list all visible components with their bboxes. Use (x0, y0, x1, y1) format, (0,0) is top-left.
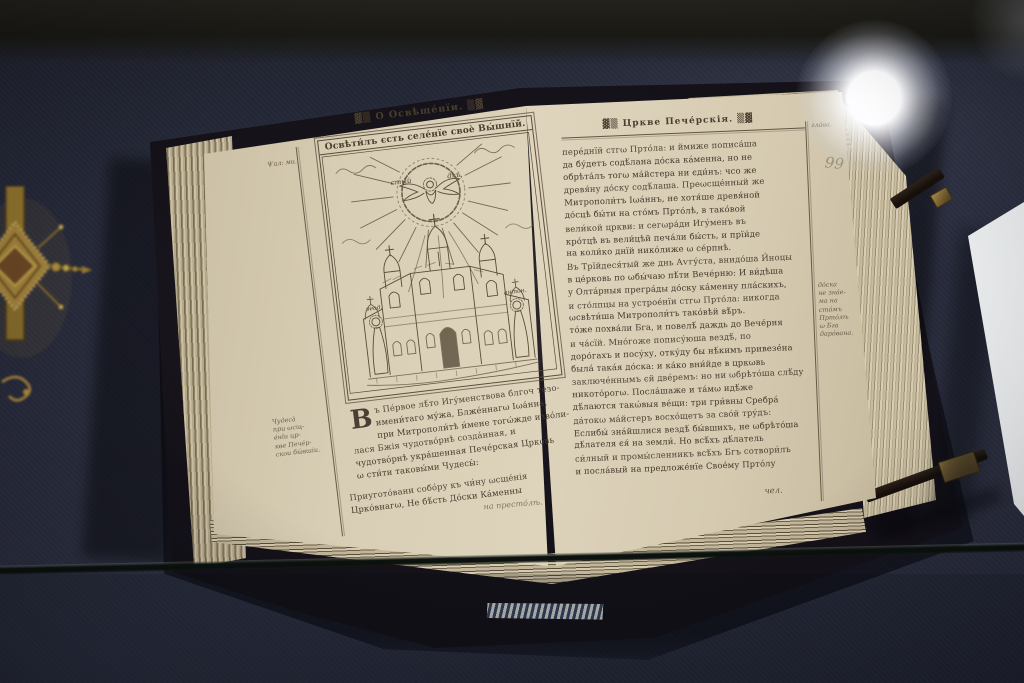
right-running-head: ▓▒ Цркве Пече́рскія. ▒▓ (573, 112, 783, 131)
gold-artifact-drawing (0, 186, 98, 418)
engraving-frame: Освѣти́лъ єсть селе́нїе своѐ Вы́шнїй. (317, 115, 563, 401)
saint-left-label: ѳеод. (366, 304, 383, 313)
left-page-margin-note: Чудеса̀ при ωсщ- е́нїи цр- кве Пече́р- с… (272, 411, 330, 458)
ceiling-light-reflection (796, 20, 952, 176)
gold-artifact (0, 186, 98, 418)
below-glass-tint (0, 574, 1024, 683)
catchword: чел. (764, 485, 783, 496)
psalm-margin-note: Ѱал: ми. (267, 157, 297, 169)
dove-label-left: сты́й (390, 176, 412, 187)
right-page-text: пере́днїй стгω Прто́ла: и ймиже пописа́ш… (562, 135, 818, 478)
church-woodcut: сты́й дхъ. ѳеод. антон. (320, 130, 559, 395)
left-page-content: ▓▒ О Освѣще́нїи. ▒▓ Ѱал: ми. Освѣти́лъ є… (236, 84, 592, 557)
right-page-margin-note: до́ска не зна́е- ма на сто́мъ Прто́лѣ ω … (818, 279, 878, 339)
museum-photo: ▓▒ О Освѣще́нїи. ▒▓ Ѱал: ми. Освѣти́лъ є… (0, 0, 1024, 683)
